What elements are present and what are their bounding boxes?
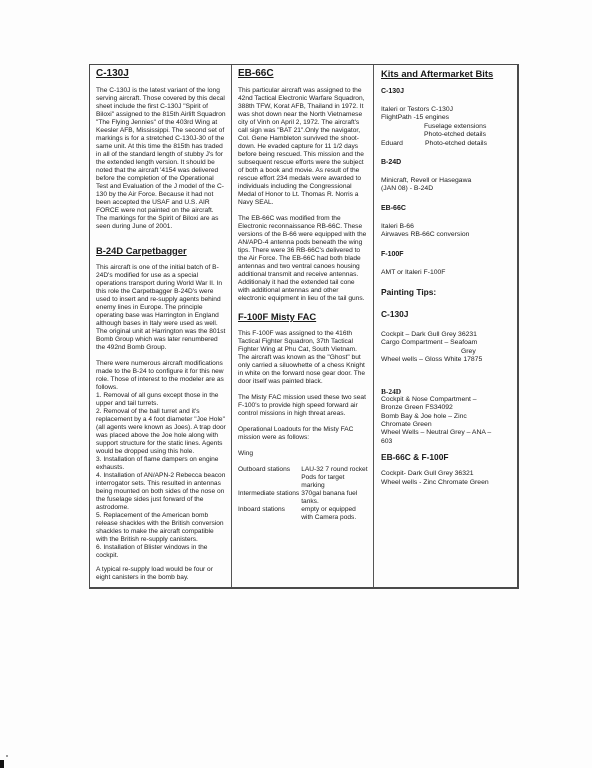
kits-f100f-line: AMT or Italeri F-100F	[381, 269, 512, 277]
kit-maker: Italeri or Testors	[381, 106, 429, 114]
column-kits-painting: Kits and Aftermarket Bits C-130J Italeri…	[374, 65, 517, 587]
paint-line: Grey	[381, 348, 512, 356]
kits-b24d-line: (JAN 08) - B-24D	[381, 185, 512, 193]
kit-maker: FlightPath	[381, 114, 412, 122]
loadout-list: Outboard stations LAU-32 7 round rocket …	[238, 466, 368, 522]
kits-b24d-line: Minicraft, Revell or Hasegawa	[381, 177, 512, 185]
mod-item: 3. Installation of flame dampers on engi…	[96, 456, 226, 472]
paint-line: Cockpit & Nose Compartment –	[381, 396, 512, 404]
mod-item: 1. Removal of all guns except those in t…	[96, 392, 226, 408]
heading-kits-aftermarket: Kits and Aftermarket Bits	[381, 68, 512, 80]
kit-item: Photo-etched details	[381, 131, 512, 139]
paint-line: Wheel wells - Zinc Chromate Green	[381, 479, 512, 487]
kits-eb66c-line: Italeri B-66	[381, 223, 512, 231]
loadout-station: Outboard stations	[238, 466, 299, 490]
scan-artifact	[0, 760, 4, 768]
kits-c130j-list: Italeri or Testors C-130J FlightPath -15…	[381, 106, 512, 148]
kit-maker: Eduard	[381, 140, 425, 148]
instruction-sheet-table: C-130J The C-130J is the latest variant …	[89, 64, 519, 589]
mod-item: 2. Removal of the ball turret and it's r…	[96, 408, 226, 456]
mod-item: 4. Installation of AN/APN-2 Rebecca beac…	[96, 472, 226, 512]
mod-item: 5. Replacement of the American bomb rele…	[96, 512, 226, 544]
column-eb66c-f100f: EB-66C This particular aircraft was assi…	[232, 65, 374, 587]
paint-line: Bomb Bay & Joe hole – Zinc	[381, 413, 512, 421]
b24d-paragraph-3: A typical re-supply load would be four o…	[96, 566, 226, 582]
kits-b24d-heading: B-24D	[381, 158, 512, 167]
b24d-paragraph-1: This aircraft is one of the initial batc…	[96, 264, 226, 352]
heading-painting-tips: Painting Tips:	[381, 287, 512, 297]
kits-c130j-heading: C-130J	[381, 87, 512, 96]
f100f-paragraph-1: This F-100F was assigned to the 416th Ta…	[238, 330, 368, 386]
heading-c130j: C-130J	[96, 68, 226, 80]
paint-line: Chromate Green	[381, 421, 512, 429]
kits-eb66c-line: Airwaves RB-66C conversion	[381, 231, 512, 239]
eb66c-paragraph-2: The EB-66C was modified from the Electro…	[238, 215, 368, 303]
kits-f100f-heading: F-100F	[381, 250, 512, 259]
c130j-paragraph: The C-130J is the latest variant of the …	[96, 87, 226, 231]
f100f-wing-label: Wing	[238, 450, 368, 458]
loadout-station: Intermediate stations	[238, 490, 299, 506]
f100f-paragraph-2: The Misty FAC mission used these two sea…	[238, 394, 368, 418]
loadout-station: Inboard stations	[238, 506, 299, 522]
loadout-value: LAU-32 7 round rocket Pods for target ma…	[301, 466, 368, 490]
paint-line: Cargo Compartment – Seafoam	[381, 339, 512, 347]
kit-item: Photo-etched details	[425, 140, 487, 148]
b24d-paragraph-2: There were numerous aircraft modificatio…	[96, 360, 226, 392]
heading-eb66c: EB-66C	[238, 68, 368, 80]
loadout-value: 370gal banana fuel tanks.	[301, 490, 368, 506]
heading-b24d-carpetbagger: B-24D Carpetbagger	[96, 245, 226, 257]
kits-eb66c-heading: EB-66C	[381, 204, 512, 213]
f100f-paragraph-3: Operational Loadouts for the Misty FAC m…	[238, 426, 368, 442]
eb66c-paragraph-1: This particular aircraft was assigned to…	[238, 87, 368, 207]
kit-item: C-130J	[431, 106, 453, 114]
paint-line: Wheel wells – Gloss White 17875	[381, 356, 512, 364]
loadout-value: empty or equipped with Camera pods.	[301, 506, 368, 522]
mod-item: 6. Installation of Blister windows in th…	[96, 544, 226, 560]
kit-item: Fuselage extensions	[381, 123, 512, 131]
heading-f100f-misty-fac: F-100F Misty FAC	[238, 311, 368, 323]
kit-item: -15 engines	[414, 114, 450, 122]
scan-artifact	[6, 755, 8, 757]
painting-b24d-heading: B-24D	[381, 387, 512, 396]
painting-eb66c-f100f-heading: EB-66C & F-100F	[381, 452, 512, 462]
paint-line: 603	[381, 438, 512, 446]
paint-line: Cockpit- Dark Gull Grey 36321	[381, 470, 512, 478]
paint-line: Bronze Green FS34092	[381, 404, 512, 412]
column-c130j-b24d: C-130J The C-130J is the latest variant …	[90, 65, 232, 587]
painting-c130j-heading: C-130J	[381, 309, 512, 319]
paint-line: Wheel Wells – Neutral Grey – ANA –	[381, 429, 512, 437]
b24d-modifications: There were numerous aircraft modificatio…	[96, 360, 226, 560]
paint-line: Cockpit – Dark Gull Grey 36231	[381, 331, 512, 339]
